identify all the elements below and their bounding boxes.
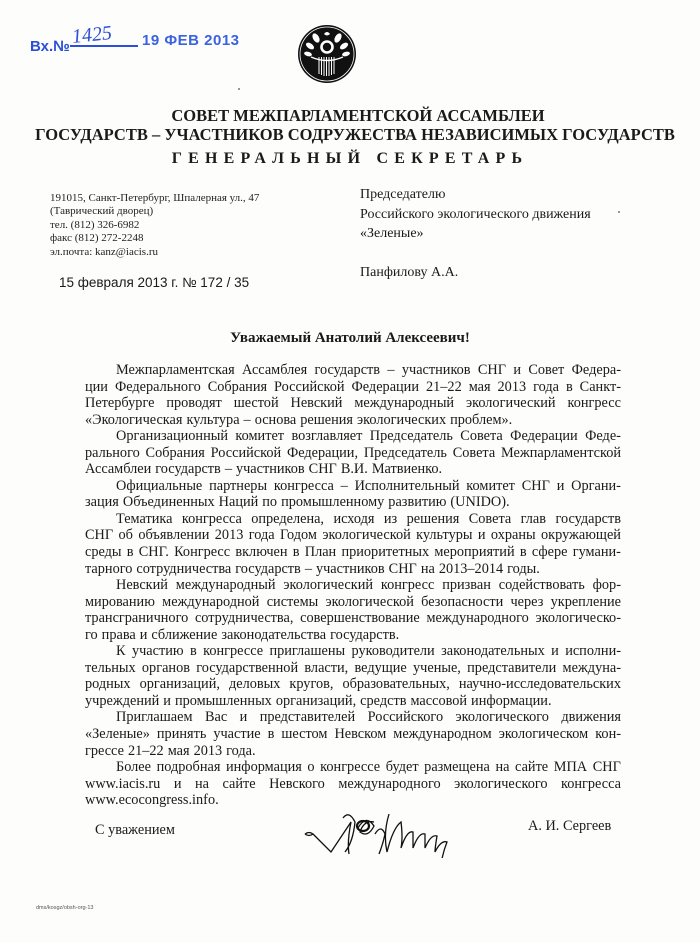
recipient-organization-name: «Зеленые» (360, 224, 591, 244)
word: тарного (85, 561, 132, 578)
word: участию (132, 643, 184, 660)
word: участников (316, 561, 385, 578)
word: 21–22 (426, 379, 462, 396)
word: СНГ (389, 561, 417, 578)
word: Федера- (572, 362, 621, 379)
word: Феде- (585, 428, 621, 445)
word: Невского (269, 776, 325, 793)
word: государств (555, 511, 621, 528)
word: на (195, 776, 209, 793)
word: принять (157, 726, 206, 743)
word: экологический (466, 395, 556, 412)
word: промышленному (281, 494, 384, 511)
body-line: Ассамблеигосударств–участниковСНГВ.И.Мат… (85, 461, 621, 478)
word: Вас (205, 709, 227, 726)
word: экологического (454, 776, 547, 793)
word: определена, (251, 511, 324, 528)
body-line: тарногосотрудничествагосударств–участник… (85, 561, 621, 578)
word: экологической (326, 594, 414, 611)
word: решения (300, 412, 353, 429)
word: конгрессе (203, 643, 263, 660)
word: через (510, 594, 543, 611)
word: участников (402, 362, 471, 379)
word: об (119, 527, 133, 544)
body-line: ПриглашаемВасипредставителейРоссийскогоэ… (85, 709, 621, 726)
word: развитию (388, 494, 446, 511)
word: Конгресс (174, 544, 230, 561)
word: Собрания (208, 379, 267, 396)
word: окружающей (541, 527, 621, 544)
word: объявлении (138, 527, 209, 544)
word: организаций, (276, 693, 356, 710)
word: проводят (166, 395, 221, 412)
word: укрепление (551, 594, 621, 611)
word: Матвиенко. (372, 461, 442, 478)
word: рального (85, 445, 140, 462)
word: участников (236, 461, 305, 478)
word: годы. (507, 561, 540, 578)
word: Федерации, (287, 445, 358, 462)
body-line: учрежденийипромышленныхорганизаций,средс… (85, 693, 621, 710)
word: размещена (424, 759, 490, 776)
address-line: 191015, Санкт-Петербург, Шпалерная ул., … (50, 192, 259, 205)
word: культура (186, 412, 239, 429)
org-name-line1: СОВЕТ МЕЖПАРЛАМЕНТСКОЙ АССАМБЛЕИ (8, 106, 700, 125)
position-title: ГЕНЕРАЛЬНЫЙ СЕКРЕТАРЬ (0, 150, 700, 168)
word: Федерации (510, 428, 578, 445)
word: Более (116, 759, 151, 776)
word: Объединенных (123, 494, 215, 511)
word: комитет (466, 478, 515, 495)
body-line: ОрганизационныйкомитетвозглавляетПредсед… (85, 428, 621, 445)
salutation: Уважаемый Анатолий Алексеевич! (0, 330, 700, 347)
word: Тематика (116, 511, 172, 528)
word: Ассамблеи (85, 461, 151, 478)
word: Председатель (370, 428, 453, 445)
org-name-line2: ГОСУДАРСТВ – УЧАСТНИКОВ СОДРУЖЕСТВА НЕЗА… (5, 125, 700, 144)
word: СНГ. (139, 544, 169, 561)
recipient-name: Панфилову А.А. (360, 263, 591, 283)
word: исходя (333, 511, 374, 528)
word: – (387, 362, 394, 379)
word: и (163, 693, 171, 710)
word: средств (360, 693, 406, 710)
body-line: средывСНГ.КонгрессвключенвПланприоритетн… (85, 544, 621, 561)
word: решения (407, 511, 460, 528)
stamp-underline (70, 45, 138, 47)
word: сайте (515, 759, 548, 776)
word: конгресс (381, 577, 434, 594)
word: комитет (235, 428, 284, 445)
word: совершенствование (300, 610, 420, 627)
word: Межпарламентской (501, 445, 621, 462)
word: приглашены (269, 643, 345, 660)
word: грессе (85, 743, 124, 760)
word: экологического (456, 709, 549, 726)
body-line: Официальныепартнерыконгресса–Исполнитель… (85, 478, 621, 495)
word: и (513, 362, 521, 379)
word: призван (442, 577, 491, 594)
word: научно-исследовательских (459, 676, 621, 693)
word: и (557, 478, 565, 495)
word: образовательных, (342, 676, 449, 693)
word: Собрания (146, 445, 205, 462)
word: СНГ (522, 478, 550, 495)
word: междуна- (563, 660, 621, 677)
word: информация (226, 759, 302, 776)
word: Федерального (115, 379, 201, 396)
word: – (341, 478, 348, 495)
recipient-organization: Российского экологического движения (360, 205, 591, 225)
body-line: ральногоСобранияРоссийскойФедерации,Пред… (85, 445, 621, 462)
word: безопасности (421, 594, 503, 611)
word: государств (155, 461, 221, 478)
word: www.ecocongress.info. (85, 792, 219, 809)
word: руководители (352, 643, 435, 660)
word: «Зеленые» (85, 726, 150, 743)
body-line: Кучастиювконгрессеприглашеныруководители… (85, 643, 621, 660)
address-line: (Таврический дворец) (50, 205, 259, 218)
word: Невский (116, 577, 168, 594)
word: фор- (593, 577, 621, 594)
word: включен (235, 544, 287, 561)
word: законодательства (221, 627, 326, 644)
phone-line: тел. (812) 326-6982 (50, 219, 259, 232)
word: конгрессе (320, 759, 380, 776)
word: конгресс (567, 395, 620, 412)
body-line: СНГобобъявлении2013годаГодомэкологическо… (85, 527, 621, 544)
word: 2013 (194, 743, 223, 760)
word: основа (255, 412, 297, 429)
word: кон- (595, 726, 621, 743)
word: в (190, 643, 197, 660)
word: партнеры (209, 478, 267, 495)
word: системы (267, 594, 319, 611)
body-line: зацияОбъединенныхНацийпопромышленномураз… (85, 494, 621, 511)
word: тельных (85, 660, 136, 677)
word: органов (142, 660, 190, 677)
word: экологическо- (535, 610, 620, 627)
handwritten-signature-icon (303, 808, 523, 858)
body-line: тельныхоргановгосударственнойвласти,веду… (85, 660, 621, 677)
word: Межпарламентская (116, 362, 235, 379)
word: и (551, 643, 559, 660)
body-line: грессе21–22мая2013года. (85, 743, 621, 760)
word: о (307, 759, 314, 776)
word: мая (469, 379, 491, 396)
word: зация (85, 494, 119, 511)
word: международной (162, 594, 259, 611)
sender-address: 191015, Санкт-Петербург, Шпалерная ул., … (50, 192, 259, 259)
word: в (293, 544, 300, 561)
word: Российской (274, 379, 344, 396)
word: План (305, 544, 336, 561)
word: 2013–2014 (439, 561, 503, 578)
word: 2013 (215, 527, 244, 544)
word: в (566, 379, 573, 396)
word: – (305, 561, 312, 578)
word: сближение (151, 627, 217, 644)
body-line: трансграничногосотрудничества,совершенст… (85, 610, 621, 627)
word: В.И. (341, 461, 368, 478)
body-line: www.ecocongress.info. (85, 792, 621, 809)
word: государственной (196, 660, 298, 677)
closing-phrase: С уважением (95, 822, 175, 839)
body-line: ПетербургепроводятшестойНевскиймеждунаро… (85, 395, 621, 412)
word: среды (85, 544, 122, 561)
word: СНГ (309, 461, 337, 478)
body-line: родныхорганизаций,деловыхкругов,образова… (85, 676, 621, 693)
body-line: Болееподробнаяинформацияоконгрессебудетр… (85, 759, 621, 776)
word: в (127, 544, 134, 561)
body-line: мированиюмеждународнойсистемыэкологическ… (85, 594, 621, 611)
word: организаций, (140, 676, 220, 693)
word: 2013 (498, 379, 527, 396)
word: права (102, 627, 136, 644)
word: на (421, 561, 435, 578)
word: государств. (330, 627, 399, 644)
word: Наций (219, 494, 259, 511)
body-line: www.iacis.ruинасайтеНевскогомеждународно… (85, 776, 621, 793)
word: приоритетных (341, 544, 429, 561)
body-line: «Зеленые»принятьучастиевшестомНевскоммеж… (85, 726, 621, 743)
word: глав (521, 511, 546, 528)
word: международный (354, 395, 454, 412)
word: конгресса (182, 511, 242, 528)
word: движения (561, 709, 621, 726)
word: СНГ (478, 362, 506, 379)
word: мированию (85, 594, 155, 611)
stamp-label: Вх.№ (30, 38, 70, 55)
word: (UNIDO). (450, 494, 509, 511)
word: го (85, 627, 98, 644)
word: экологический (283, 577, 373, 594)
word: родных (85, 676, 131, 693)
word: из (384, 511, 397, 528)
word: «Экологическая (85, 412, 182, 429)
word: К (116, 643, 126, 660)
cis-emblem-icon (297, 24, 357, 84)
word: Ассамблея (242, 362, 307, 379)
word: СНГ (593, 759, 621, 776)
word: Совета (460, 428, 502, 445)
word: экологических (357, 412, 446, 429)
word: Организационный (116, 428, 228, 445)
recipient-title: Председателю (360, 185, 591, 205)
word: трансграничного (85, 610, 188, 627)
word: сфере (532, 544, 568, 561)
word: кругов, (289, 676, 333, 693)
word: массовой (410, 693, 467, 710)
word: года. (226, 743, 255, 760)
word: и (478, 527, 486, 544)
word: Петербурге (85, 395, 154, 412)
word: международный (176, 577, 276, 594)
signer-name: А. И. Сергеев (528, 818, 611, 835)
word: и (140, 627, 148, 644)
word: международном (393, 726, 491, 743)
word: и (240, 709, 248, 726)
word: деловых (229, 676, 280, 693)
word: учреждений (85, 693, 159, 710)
word: Исполнительный (355, 478, 460, 495)
word: ции (85, 379, 108, 396)
word: Официальные (116, 478, 202, 495)
word: информации. (471, 693, 551, 710)
word: ведущие (355, 660, 407, 677)
word: 21–22 (128, 743, 164, 760)
word: власти, (304, 660, 348, 677)
document-code: dms/kosgz/obsh-org-13 (36, 905, 93, 911)
word: года (533, 379, 559, 396)
word: исполни- (565, 643, 621, 660)
word: Российского (368, 709, 443, 726)
word: и (174, 776, 182, 793)
word: подробная (157, 759, 221, 776)
word: государств (315, 362, 381, 379)
word: мая (168, 743, 190, 760)
word: Российской (211, 445, 281, 462)
fax-line: факс (812) 272-2248 (50, 232, 259, 245)
word: международного (426, 610, 528, 627)
word: Невский (291, 395, 343, 412)
word: сотрудничества (136, 561, 231, 578)
word: Санкт- (580, 379, 621, 396)
word: участие (213, 726, 260, 743)
word: в (268, 726, 275, 743)
word: содействовать (499, 577, 585, 594)
letter-body: МежпарламентскаяАссамблеягосударств–учас… (85, 362, 621, 809)
body-line: МежпарламентскаяАссамблеягосударств–учас… (85, 362, 621, 379)
word: представителей (260, 709, 355, 726)
word: Невском (334, 726, 386, 743)
word: промышленных (175, 693, 272, 710)
word: шестой (234, 395, 279, 412)
scan-speck (618, 211, 620, 213)
word: Годом (280, 527, 317, 544)
word: экологической (322, 527, 410, 544)
word: международного (338, 776, 440, 793)
word: культуры (416, 527, 472, 544)
scan-speck (238, 88, 240, 90)
body-line: Невскиймеждународныйэкологическийконгрес… (85, 577, 621, 594)
word: проблем». (450, 412, 512, 429)
word: на (495, 759, 509, 776)
word: Совета (453, 445, 495, 462)
word: ученые, (413, 660, 461, 677)
body-line: гоправаисближениезаконодательствагосудар… (85, 627, 621, 644)
word: Приглашаем (116, 709, 193, 726)
body-line: «Экологическаякультура–основарешенияэкол… (85, 412, 621, 429)
word: конгресса (561, 776, 621, 793)
word: шестом (281, 726, 327, 743)
letter-page: Вх.№ 1425 19 ФЕВ 2013 СОВЕТ МЕЖПАРЛАМЕН (0, 0, 700, 943)
word: охраны (491, 527, 536, 544)
word: гумани- (573, 544, 621, 561)
word: МПА (554, 759, 587, 776)
word: государств (235, 561, 301, 578)
word: представители (467, 660, 556, 677)
word: законодательных (441, 643, 545, 660)
word: по (262, 494, 277, 511)
word: – (225, 461, 232, 478)
word: Органи- (571, 478, 621, 495)
word: Федерации (351, 379, 419, 396)
word: сотрудничества, (195, 610, 293, 627)
recipient-block: Председателю Российского экологического … (360, 185, 591, 282)
stamp-date: 19 ФЕВ 2013 (142, 32, 240, 49)
body-line: цииФедеральногоСобранияРоссийскойФедерац… (85, 379, 621, 396)
body-line: Тематикаконгрессаопределена,исходяизреше… (85, 511, 621, 528)
email-line: эл.почта: kanz@iacis.ru (50, 246, 259, 259)
word: будет (386, 759, 419, 776)
word: мероприятий (434, 544, 514, 561)
word: возглавляет (291, 428, 362, 445)
word: Председатель (364, 445, 447, 462)
word: конгресса (274, 478, 334, 495)
word: – (244, 412, 251, 429)
word: www.iacis.ru (85, 776, 160, 793)
word: СНГ (85, 527, 113, 544)
word: сайте (222, 776, 255, 793)
word: экологическом (499, 726, 589, 743)
word: Совет (528, 362, 564, 379)
word: в (520, 544, 527, 561)
outgoing-date-number: 15 февраля 2013 г. № 172 / 35 (59, 275, 249, 290)
word: года (249, 527, 275, 544)
word: Совета (469, 511, 511, 528)
